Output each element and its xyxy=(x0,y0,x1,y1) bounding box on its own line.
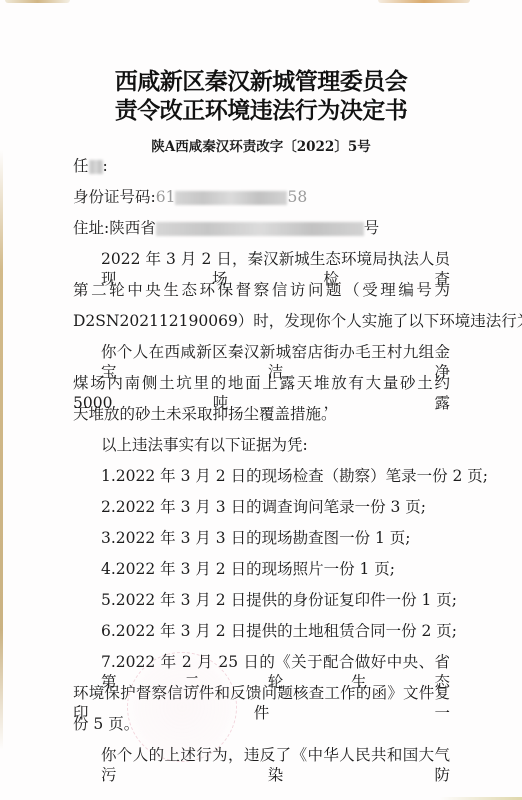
paragraph-line: D2SN202112190069）时，发现你个人实施了以下环境违法行为: xyxy=(73,311,450,331)
id-visible-suffix: 58 xyxy=(287,188,307,206)
document-title-line-2: 责令改正环境违法行为决定书 xyxy=(0,92,522,125)
recipient-name: 任: xyxy=(73,156,450,176)
paragraph-line: 第二轮中央生态环保督察信访问题（受理编号为 xyxy=(73,280,450,300)
redacted-name xyxy=(89,160,103,174)
address-visible-prefix: 陕西省 xyxy=(109,219,156,237)
recipient-address: 住址:陕西省号 xyxy=(73,218,450,238)
paragraph-line: 天堆放的砂土未采取抑扬尘覆盖措施。 xyxy=(73,404,450,424)
paper-edge-top-left xyxy=(5,0,70,3)
evidence-item: 1.2022 年 3 月 2 日的现场检查（勘察）笔录一份 2 页; xyxy=(101,466,450,486)
paper-edge-top-right xyxy=(378,0,470,3)
id-visible-prefix: 61 xyxy=(156,188,176,206)
closing-paragraph-line: 你个人的上述行为，违反了《中华人民共和国大气污染防 xyxy=(101,745,450,785)
evidence-heading: 以上违法事实有以下证据为凭: xyxy=(101,435,450,455)
document-page: 西咸新区秦汉新城管理委员会 责令改正环境违法行为决定书 陕A西咸秦汉环责改字〔2… xyxy=(0,0,522,800)
recipient-name-colon: : xyxy=(103,157,108,175)
evidence-item: 2.2022 年 3 月 3 日的调查询问笔录一份 3 页; xyxy=(101,497,450,517)
id-label: 身份证号码: xyxy=(73,188,156,206)
evidence-item: 3.2022 年 3 月 3 日的现场勘查图一份 1 页; xyxy=(101,528,450,548)
evidence-item: 5.2022 年 3 月 2 日提供的身份证复印件一份 1 页; xyxy=(101,590,450,610)
address-label: 住址: xyxy=(73,219,109,237)
redacted-id-number xyxy=(175,191,287,205)
address-visible-suffix: 号 xyxy=(364,219,380,237)
paper-edge-left xyxy=(0,150,3,750)
document-number: 陕A西咸秦汉环责改字〔2022〕5号 xyxy=(0,135,522,155)
redacted-address xyxy=(156,222,364,236)
evidence-item: 4.2022 年 3 月 2 日的现场照片一份 1 页; xyxy=(101,559,450,579)
evidence-item-continued: 份 5 页。 xyxy=(73,714,450,734)
evidence-item: 6.2022 年 3 月 2 日提供的土地租赁合同一份 2 页; xyxy=(101,621,450,641)
recipient-id-number: 身份证号码:6158 xyxy=(73,187,450,207)
recipient-name-visible: 任 xyxy=(73,157,89,175)
